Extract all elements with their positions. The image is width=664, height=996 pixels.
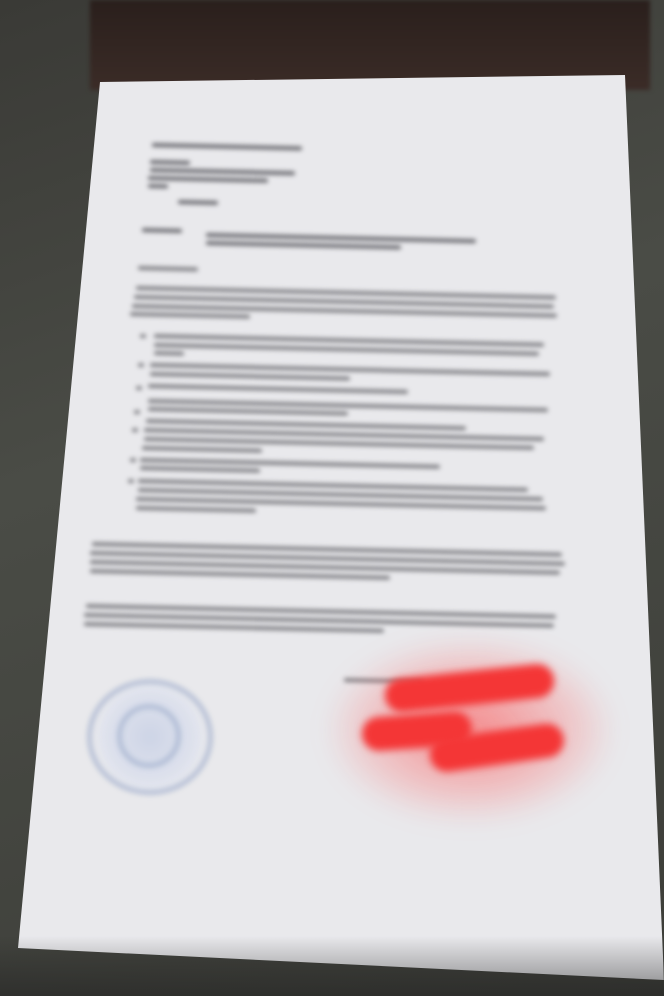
list-bullet <box>134 410 140 414</box>
placeholder-text-line <box>148 384 408 394</box>
list-bullet <box>130 458 136 462</box>
placeholder-text-line <box>152 143 302 150</box>
placeholder-text-line <box>140 466 260 473</box>
placeholder-text-line <box>150 160 190 165</box>
placeholder-text-line <box>150 168 295 175</box>
placeholder-text-line <box>154 351 184 356</box>
list-bullet <box>132 428 138 432</box>
list-bullet <box>138 363 144 367</box>
placeholder-text-line <box>206 241 401 249</box>
list-bullet <box>140 334 146 338</box>
list-bullet <box>128 479 134 483</box>
placeholder-text-line <box>142 228 182 233</box>
placeholder-text-line <box>130 312 250 319</box>
placeholder-text-line <box>148 184 168 188</box>
blurred-document-text <box>0 0 664 996</box>
placeholder-text-line <box>84 622 384 633</box>
list-bullet <box>136 386 142 390</box>
placeholder-text-line <box>178 200 218 205</box>
placeholder-text-line <box>148 176 268 183</box>
placeholder-text-line <box>136 506 256 513</box>
placeholder-text-line <box>150 372 350 381</box>
bottom-shadow <box>0 936 664 996</box>
stamp-emblem <box>118 705 180 767</box>
placeholder-text-line <box>142 446 262 453</box>
placeholder-text-line <box>138 266 198 271</box>
placeholder-text-line <box>90 569 390 580</box>
placeholder-text-line <box>148 407 348 416</box>
